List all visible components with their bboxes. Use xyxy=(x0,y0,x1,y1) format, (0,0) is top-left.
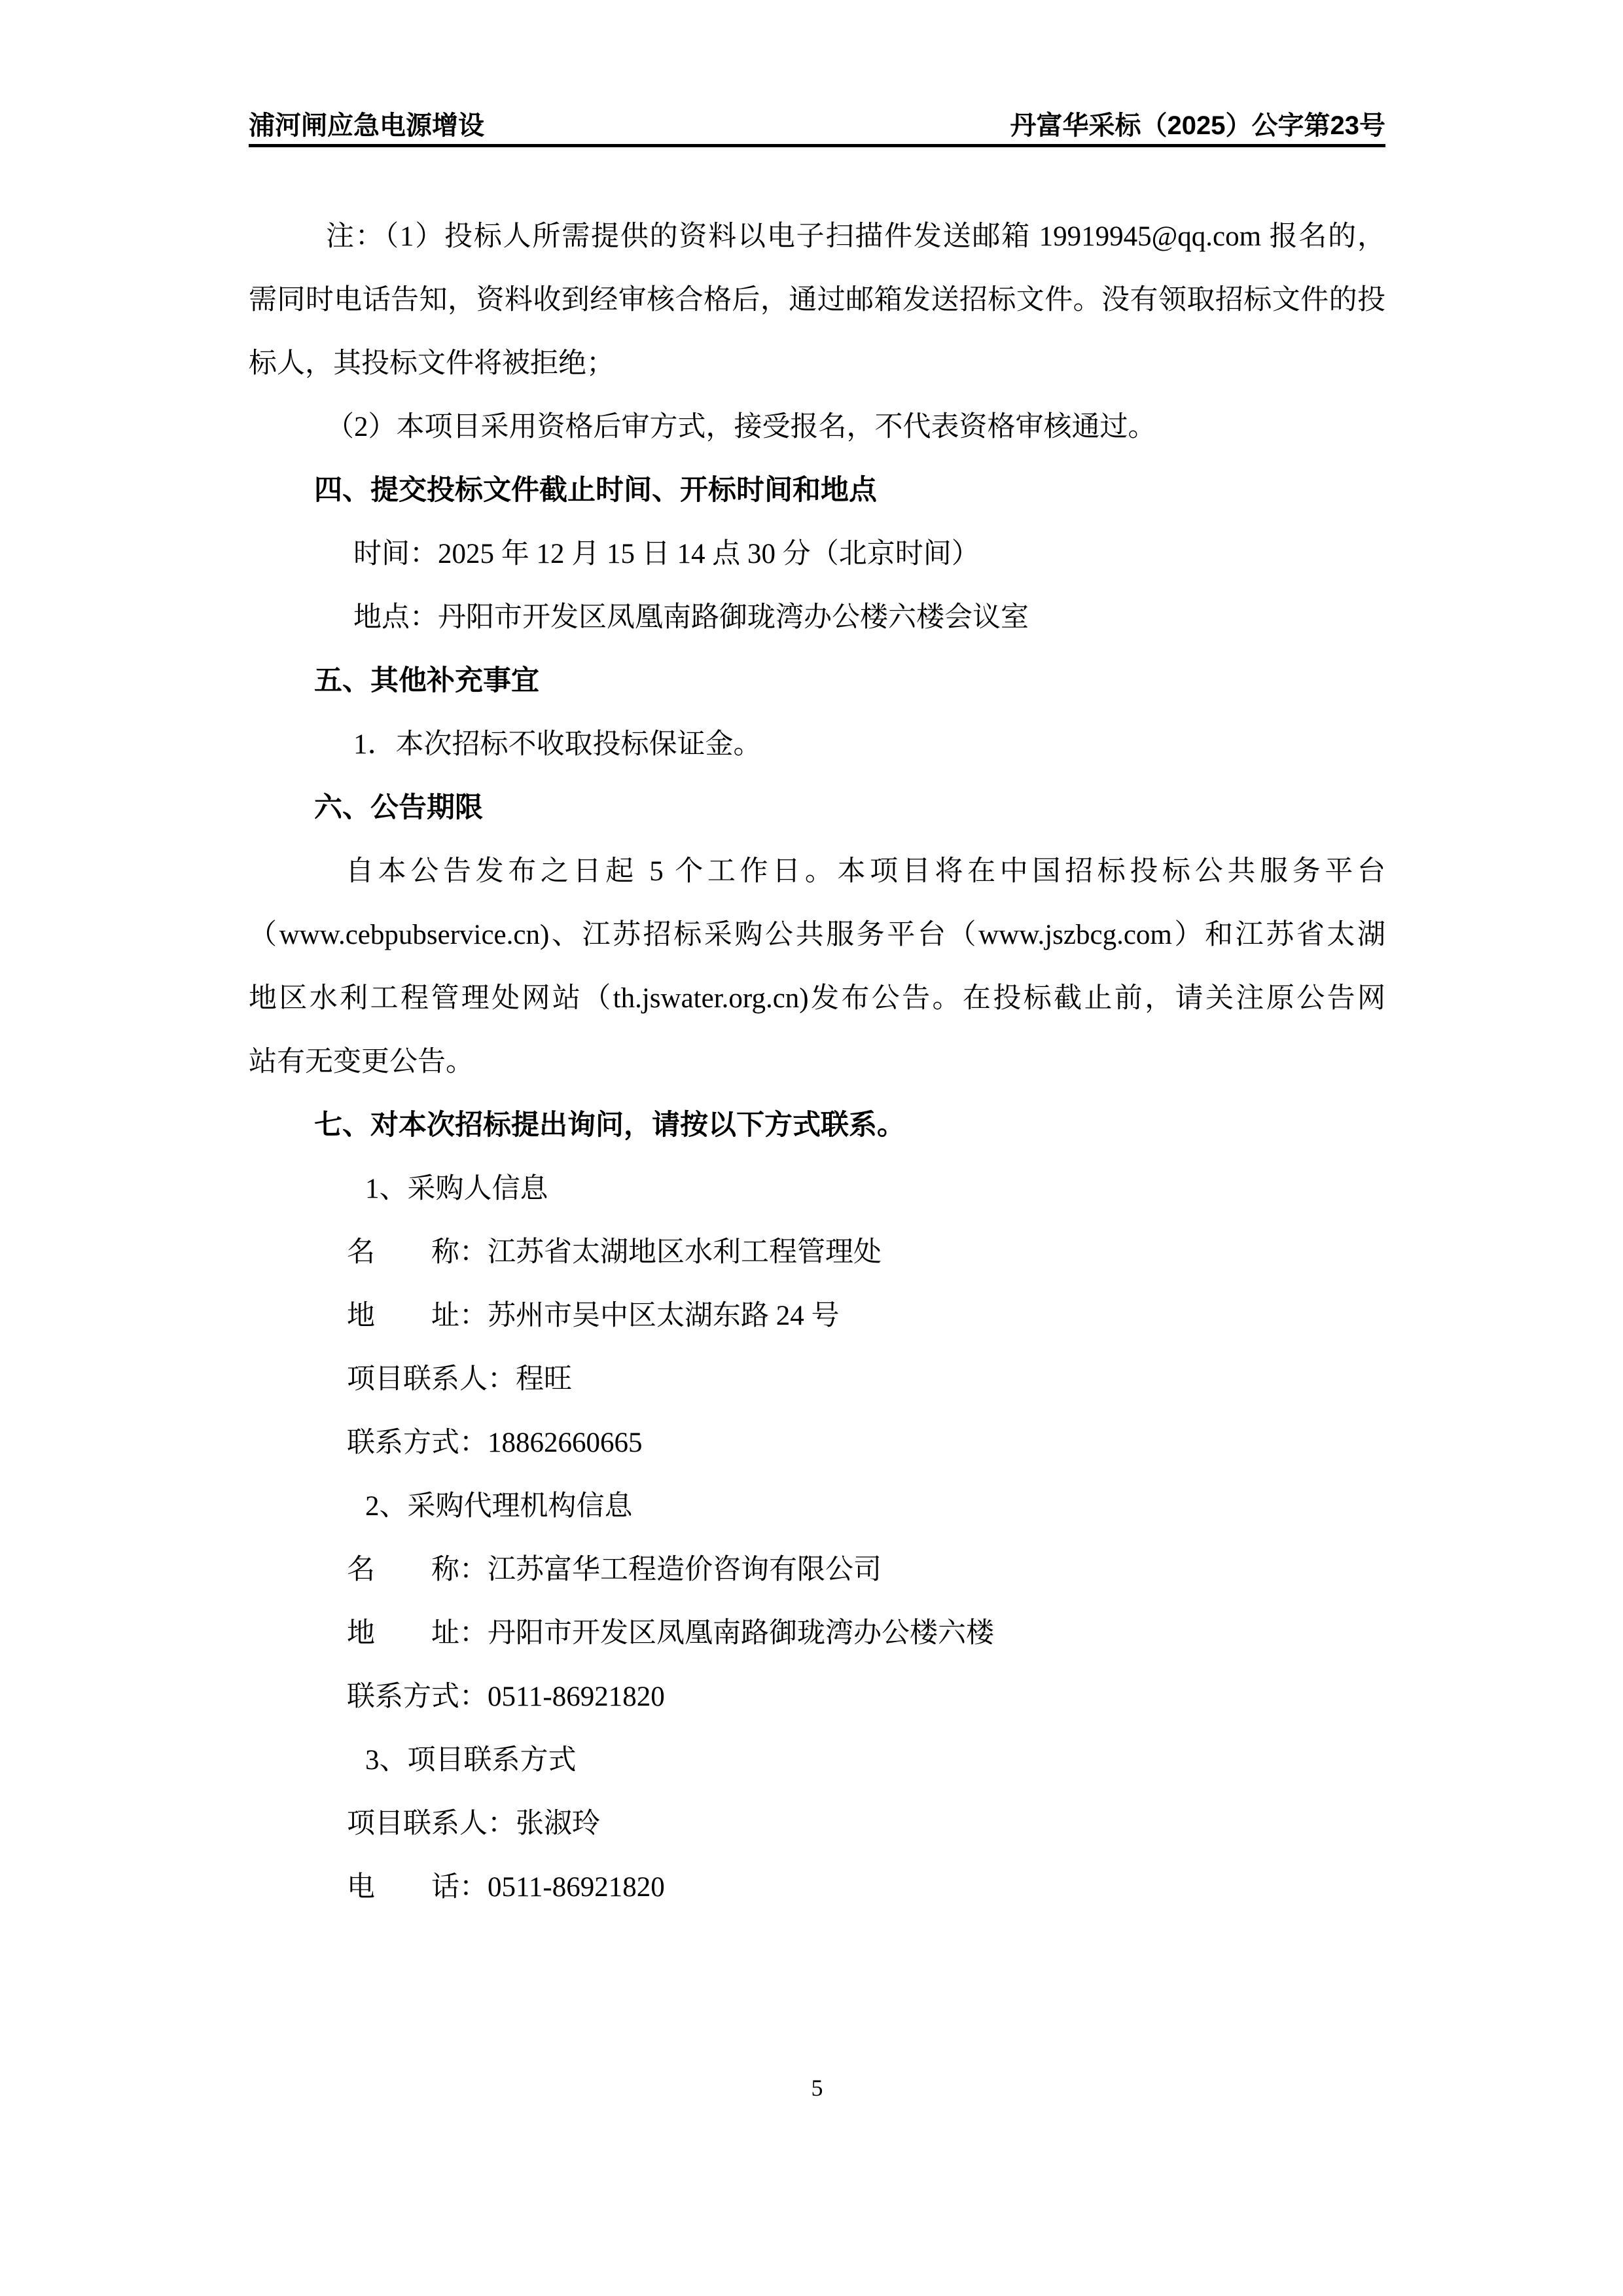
section-heading: 七、对本次招标提出询问，请按以下方式联系。 xyxy=(249,1094,1385,1157)
document-line: 地 址：苏州市吴中区太湖东路 24 号 xyxy=(249,1284,1385,1348)
document-body: 注：（1）投标人所需提供的资料以电子扫描件发送邮箱 19919945@qq.co… xyxy=(249,205,1385,1919)
document-line: 3、项目联系方式 xyxy=(249,1729,1385,1792)
page-footer: 5 xyxy=(249,2073,1385,2102)
document-line: 名 称：江苏富华工程造价咨询有限公司 xyxy=(249,1538,1385,1602)
document-line: 1．本次招标不收取投标保证金。 xyxy=(249,713,1385,776)
document-line: 电 话：0511-86921820 xyxy=(249,1856,1385,1919)
section-heading: 五、其他补充事宜 xyxy=(249,649,1385,713)
document-line: （2）本项目采用资格后审方式，接受报名，不代表资格审核通过。 xyxy=(249,395,1385,459)
document-line: 标人，其投标文件将被拒绝； xyxy=(249,332,1385,395)
document-line: 2、采购代理机构信息 xyxy=(249,1475,1385,1538)
document-line: 需同时电话告知，资料收到经审核合格后，通过邮箱发送招标文件。没有领取招标文件的投 xyxy=(249,268,1385,332)
document-line: 名 称：江苏省太湖地区水利工程管理处 xyxy=(249,1221,1385,1284)
document-line: 联系方式：0511-86921820 xyxy=(249,1665,1385,1729)
document-line: （www.cebpubservice.cn)、江苏招标采购公共服务平台（www.… xyxy=(249,903,1385,967)
page-number: 5 xyxy=(811,2075,823,2101)
header-project-title: 浦河闸应急电源增设 xyxy=(249,110,484,141)
document-line: 项目联系人：程旺 xyxy=(249,1348,1385,1411)
document-line: 注：（1）投标人所需提供的资料以电子扫描件发送邮箱 19919945@qq.co… xyxy=(249,205,1385,268)
document-line: 1、采购人信息 xyxy=(249,1157,1385,1221)
document-line: 地 址：丹阳市开发区凤凰南路御珑湾办公楼六楼 xyxy=(249,1602,1385,1665)
section-heading: 六、公告期限 xyxy=(249,776,1385,840)
header-document-number: 丹富华采标（2025）公字第23号 xyxy=(1010,110,1385,141)
document-line: 地点：丹阳市开发区凤凰南路御珑湾办公楼六楼会议室 xyxy=(249,586,1385,649)
document-line: 联系方式：18862660665 xyxy=(249,1411,1385,1475)
document-line: 站有无变更公告。 xyxy=(249,1030,1385,1094)
section-heading: 四、提交投标文件截止时间、开标时间和地点 xyxy=(249,459,1385,522)
page-header: 浦河闸应急电源增设 丹富华采标（2025）公字第23号 xyxy=(249,110,1385,147)
document-line: 项目联系人：张淑玲 xyxy=(249,1792,1385,1856)
document-line: 地区水利工程管理处网站（th.jswater.org.cn)发布公告。在投标截止… xyxy=(249,967,1385,1030)
document-line: 自本公告发布之日起 5 个工作日。本项目将在中国招标投标公共服务平台 xyxy=(249,840,1385,903)
document-page: 浦河闸应急电源增设 丹富华采标（2025）公字第23号 注：（1）投标人所需提供… xyxy=(0,0,1623,2296)
document-line: 时间：2025 年 12 月 15 日 14 点 30 分（北京时间） xyxy=(249,522,1385,586)
